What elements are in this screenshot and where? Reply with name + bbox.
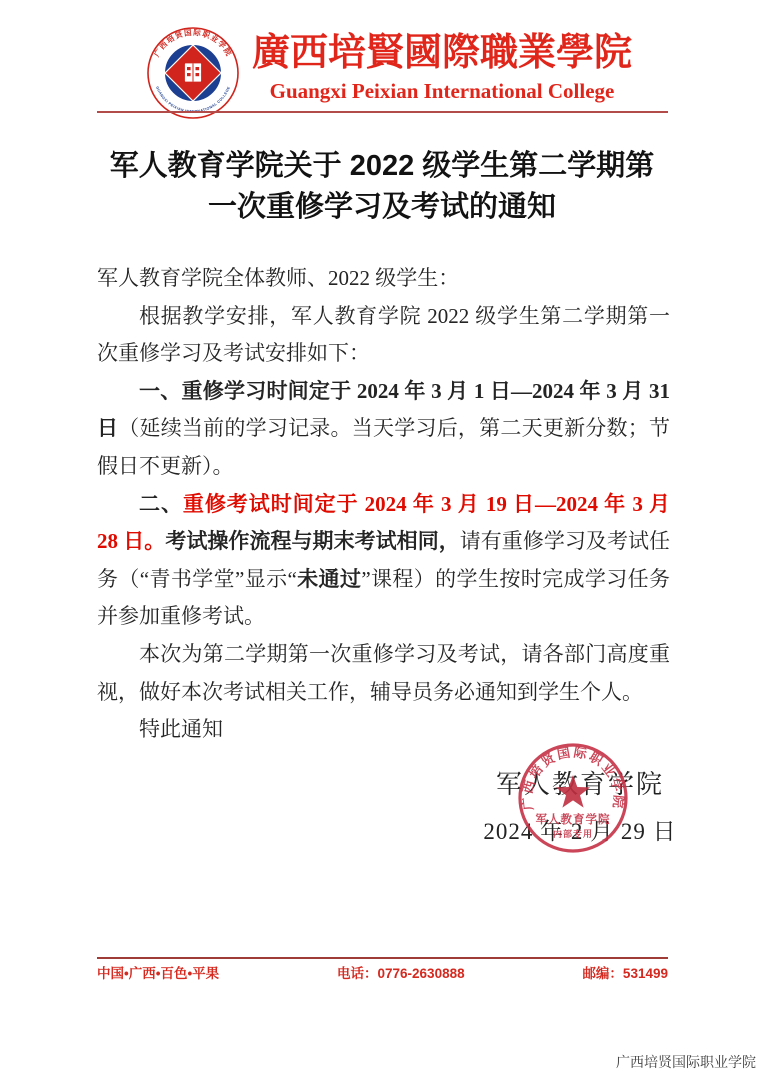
stamp-seal-icon: 广西培贤国际职业学院 军人教育学院 内部专用	[493, 723, 653, 873]
paragraph-close: 本次为第二学期第一次重修学习及考试，请各部门高度重视，做好本次考试相关工作，辅导…	[97, 636, 670, 711]
paragraph-intro: 根据教学安排，军人教育学院 2022 级学生第二学期第一次重修学习及考试安排如下…	[97, 298, 670, 373]
footer-location: 中国•广西•百色•平果	[97, 962, 219, 982]
college-name-english: Guangxi Peixian International College	[244, 78, 640, 104]
stamp-department-text: 军人教育学院	[536, 812, 611, 826]
footer: 中国•广西•百色•平果 电话：0776-2630888 邮编：531499	[97, 962, 668, 982]
salutation: 军人教育学院全体教师、2022 级学生：	[97, 260, 670, 298]
footer-phone: 电话：0776-2630888	[337, 962, 465, 982]
notice-title-line2: 一次重修学习及考试的通知	[80, 187, 684, 228]
footer-postal-code: 邮编：531499	[582, 962, 668, 982]
stamp-star-icon	[556, 775, 590, 808]
paragraph-item2: 二、重修考试时间定于 2024 年 3 月 19 日—2024 年 3 月 28…	[97, 486, 670, 636]
notice-body: 军人教育学院全体教师、2022 级学生： 根据教学安排，军人教育学院 2022 …	[97, 260, 670, 749]
item2-number: 二、	[139, 492, 183, 516]
item1-normal-text: （延续当前的学习记录。当天学习后，第二天更新分数；节假日不更新）。	[97, 416, 670, 478]
page-watermark: 广西培贤国际职业学院	[616, 1052, 756, 1072]
footer-divider	[97, 957, 668, 959]
college-seal-icon: 广西培贤国际职业学院 GUANGXI PEIXIAN INTERNATIONAL…	[146, 26, 240, 120]
stamp-internal-use-text: 内部专用	[553, 828, 593, 839]
notice-title: 军人教育学院关于 2022 级学生第二学期第 一次重修学习及考试的通知	[80, 146, 684, 228]
college-logo: 广西培贤国际职业学院 GUANGXI PEIXIAN INTERNATIONAL…	[146, 26, 240, 120]
header-divider	[97, 111, 668, 113]
item2-bold-text: 考试操作流程与期末考试相同，	[165, 529, 459, 553]
college-name-block: 廣西培賢國際職業學院 Guangxi Peixian International…	[244, 30, 640, 104]
notice-title-line1: 军人教育学院关于 2022 级学生第二学期第	[80, 146, 684, 187]
official-stamp: 广西培贤国际职业学院 军人教育学院 内部专用	[493, 723, 653, 878]
item2-bold-notpassed: 未通过	[297, 567, 362, 591]
notice-document-page: 广西培贤国际职业学院 GUANGXI PEIXIAN INTERNATIONAL…	[0, 0, 764, 1080]
paragraph-item1: 一、重修学习时间定于 2024 年 3 月 1 日—2024 年 3 月 31 …	[97, 373, 670, 486]
college-name-chinese: 廣西培賢國際職業學院	[244, 30, 640, 76]
